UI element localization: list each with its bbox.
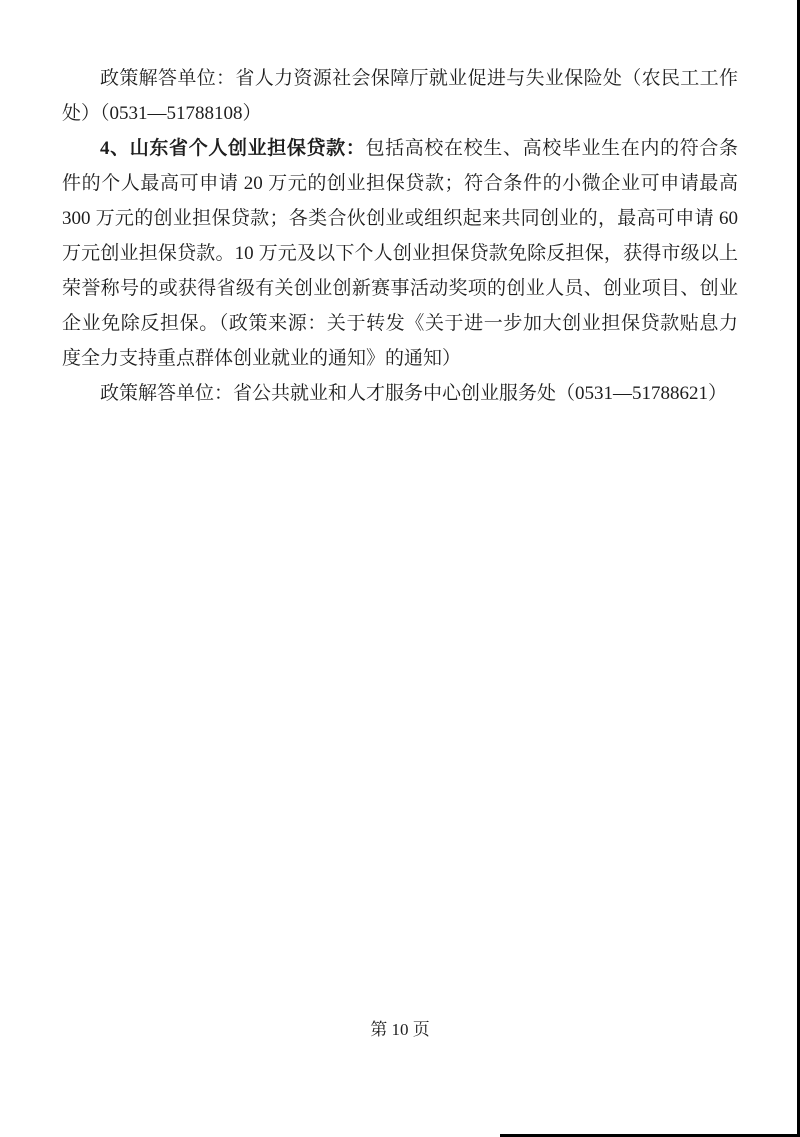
paragraph-policy-item-4-startup-guarantee-loan: 4、山东省个人创业担保贷款：包括高校在校生、高校毕业生在内的符合条件的个人最高可… xyxy=(62,131,738,376)
paragraph-policy-contact-entrepreneurship-service: 政策解答单位：省公共就业和人才服务中心创业服务处（0531—51788621） xyxy=(62,376,738,411)
text-line: 300 万元的创业担保贷款；各类合伙创业或组织起来共同创业的，最高可申请 60 xyxy=(62,201,738,236)
text-line: 万元创业担保贷款。10 万元及以下个人创业担保贷款免除反担保，获得市级以上 xyxy=(62,236,738,271)
page-number: 第 10 页 xyxy=(370,1020,430,1039)
document-page: 政策解答单位：省人力资源社会保障厅就业促进与失业保险处（农民工工作处）（0531… xyxy=(0,0,800,1137)
text-line: 处）（0531—51788108） xyxy=(62,96,738,131)
text-line: 4、山东省个人创业担保贷款：包括高校在校生、高校毕业生在内的符合条 xyxy=(62,131,738,166)
text-line: 政策解答单位：省公共就业和人才服务中心创业服务处（0531—51788621） xyxy=(62,376,738,411)
text-line: 荣誉称号的或获得省级有关创业创新赛事活动奖项的创业人员、创业项目、创业 xyxy=(62,271,738,306)
text-line: 件的个人最高可申请 20 万元的创业担保贷款；符合条件的小微企业可申请最高 xyxy=(62,166,738,201)
text-line: 政策解答单位：省人力资源社会保障厅就业促进与失业保险处（农民工工作 xyxy=(62,61,738,96)
bold-run: 4、山东省个人创业担保贷款： xyxy=(100,138,365,159)
document-body: 政策解答单位：省人力资源社会保障厅就业促进与失业保险处（农民工工作处）（0531… xyxy=(62,61,738,411)
page-footer: 第 10 页 xyxy=(0,1018,800,1042)
text-line: 企业免除反担保。（政策来源：关于转发《关于进一步加大创业担保贷款贴息力 xyxy=(62,306,738,341)
paragraph-policy-contact-unemployment-insurance: 政策解答单位：省人力资源社会保障厅就业促进与失业保险处（农民工工作处）（0531… xyxy=(62,61,738,131)
text-line: 度全力支持重点群体创业就业的通知》的通知） xyxy=(62,341,738,376)
